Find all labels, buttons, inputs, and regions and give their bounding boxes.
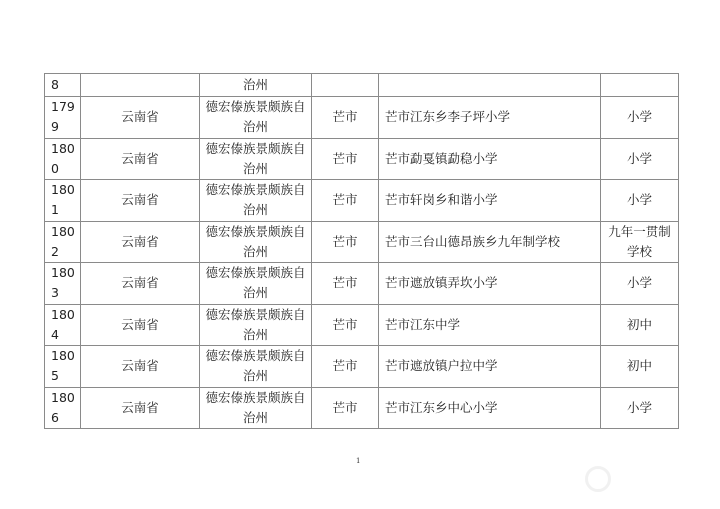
cell-school: 芒市江东乡李子坪小学 [379, 97, 601, 139]
cell-number: 1800 [45, 138, 81, 180]
number-line-1: 180 [51, 139, 78, 159]
number-line-1: 180 [51, 222, 78, 242]
number-line-1: 180 [51, 180, 78, 200]
cell-city: 芒市 [312, 304, 379, 346]
cell-prefecture: 德宏傣族景颇族自治州 [200, 97, 312, 139]
watermark-ring-icon [585, 466, 611, 492]
type-line-2: 学校 [603, 242, 676, 262]
cell-city: 芒市 [312, 387, 379, 429]
cell-type: 小学 [601, 180, 679, 222]
cell-city [312, 74, 379, 97]
number-line-1: 180 [51, 263, 78, 283]
number-line-1: 180 [51, 346, 78, 366]
cell-city: 芒市 [312, 97, 379, 139]
cell-school: 芒市轩岗乡和谐小学 [379, 180, 601, 222]
cell-prefecture: 德宏傣族景颇族自治州 [200, 263, 312, 305]
cell-type: 初中 [601, 346, 679, 388]
prefecture-line-2: 治州 [202, 200, 309, 220]
type-line-1: 小学 [603, 398, 676, 418]
cell-number: 1801 [45, 180, 81, 222]
prefecture-line-1: 德宏傣族景颇族自 [202, 139, 309, 159]
cell-province [81, 74, 200, 97]
prefecture-line-1: 德宏傣族景颇族自 [202, 305, 309, 325]
cell-school: 芒市遮放镇弄坎小学 [379, 263, 601, 305]
prefecture-line-2: 治州 [202, 366, 309, 386]
cell-province: 云南省 [81, 304, 200, 346]
type-line-1: 初中 [603, 356, 676, 376]
cell-province: 云南省 [81, 387, 200, 429]
number-line-1: 180 [51, 388, 78, 408]
cell-city: 芒市 [312, 138, 379, 180]
cell-city: 芒市 [312, 221, 379, 263]
type-line-1: 初中 [603, 315, 676, 335]
cell-number: 1799 [45, 97, 81, 139]
number-line-1: 180 [51, 305, 78, 325]
cell-province: 云南省 [81, 263, 200, 305]
table-row-continued: 8 治州 [45, 74, 679, 97]
table-row: 1803云南省德宏傣族景颇族自治州芒市芒市遮放镇弄坎小学小学 [45, 263, 679, 305]
cell-school: 芒市江东乡中心小学 [379, 387, 601, 429]
prefecture-line-2: 治州 [202, 325, 309, 345]
cell-province: 云南省 [81, 221, 200, 263]
cell-number: 1805 [45, 346, 81, 388]
cell-number: 1806 [45, 387, 81, 429]
cell-type: 小学 [601, 263, 679, 305]
number-line-2: 9 [51, 117, 78, 137]
cell-number: 8 [45, 74, 81, 97]
table-row: 1800云南省德宏傣族景颇族自治州芒市芒市勐戛镇勐稳小学小学 [45, 138, 679, 180]
table-row: 1801云南省德宏傣族景颇族自治州芒市芒市轩岗乡和谐小学小学 [45, 180, 679, 222]
cell-type: 初中 [601, 304, 679, 346]
table-row: 1804云南省德宏傣族景颇族自治州芒市芒市江东中学初中 [45, 304, 679, 346]
cell-city: 芒市 [312, 263, 379, 305]
number-line-2: 2 [51, 242, 78, 262]
number-line-1: 179 [51, 97, 78, 117]
cell-province: 云南省 [81, 97, 200, 139]
cell-province: 云南省 [81, 346, 200, 388]
table-row: 1799云南省德宏傣族景颇族自治州芒市芒市江东乡李子坪小学小学 [45, 97, 679, 139]
cell-province: 云南省 [81, 180, 200, 222]
prefecture-line-2: 治州 [202, 408, 309, 428]
number-line-2: 5 [51, 366, 78, 386]
cell-prefecture: 德宏傣族景颇族自治州 [200, 346, 312, 388]
table-row: 1805云南省德宏傣族景颇族自治州芒市芒市遮放镇户拉中学初中 [45, 346, 679, 388]
prefecture-line-1: 德宏傣族景颇族自 [202, 222, 309, 242]
watermark-logo [585, 466, 710, 496]
type-line-1: 小学 [603, 190, 676, 210]
number-line-2: 3 [51, 283, 78, 303]
cell-number: 1802 [45, 221, 81, 263]
table-row: 1802云南省德宏傣族景颇族自治州芒市芒市三台山德昂族乡九年制学校九年一贯制学校 [45, 221, 679, 263]
cell-type: 小学 [601, 387, 679, 429]
cell-type [601, 74, 679, 97]
number-line-2: 4 [51, 325, 78, 345]
cell-type: 九年一贯制学校 [601, 221, 679, 263]
number-line-2: 0 [51, 159, 78, 179]
cell-school [379, 74, 601, 97]
cell-type: 小学 [601, 138, 679, 180]
cell-school: 芒市遮放镇户拉中学 [379, 346, 601, 388]
cell-school: 芒市三台山德昂族乡九年制学校 [379, 221, 601, 263]
cell-number: 1804 [45, 304, 81, 346]
prefecture-line-1: 德宏傣族景颇族自 [202, 346, 309, 366]
prefecture-line-1: 德宏傣族景颇族自 [202, 180, 309, 200]
page-number: 1 [356, 457, 360, 465]
document-page: 8 治州 1799云南省德宏傣族景颇族自治州芒市芒市江东乡李子坪小学小学1800… [0, 0, 720, 509]
cell-school: 芒市江东中学 [379, 304, 601, 346]
prefecture-line-1: 德宏傣族景颇族自 [202, 97, 309, 117]
cell-prefecture: 治州 [200, 74, 312, 97]
school-list-table: 8 治州 1799云南省德宏傣族景颇族自治州芒市芒市江东乡李子坪小学小学1800… [44, 73, 679, 429]
cell-number: 1803 [45, 263, 81, 305]
type-line-1: 小学 [603, 107, 676, 127]
cell-city: 芒市 [312, 180, 379, 222]
cell-prefecture: 德宏傣族景颇族自治州 [200, 221, 312, 263]
prefecture-line-2: 治州 [202, 283, 309, 303]
type-line-1: 九年一贯制 [603, 222, 676, 242]
cell-school: 芒市勐戛镇勐稳小学 [379, 138, 601, 180]
type-line-1: 小学 [603, 149, 676, 169]
cell-city: 芒市 [312, 346, 379, 388]
prefecture-line-1: 德宏傣族景颇族自 [202, 388, 309, 408]
prefecture-line-2: 治州 [202, 159, 309, 179]
prefecture-line-2: 治州 [202, 117, 309, 137]
cell-prefecture: 德宏傣族景颇族自治州 [200, 180, 312, 222]
number-line-2: 1 [51, 200, 78, 220]
cell-province: 云南省 [81, 138, 200, 180]
cell-type: 小学 [601, 97, 679, 139]
number-line-2: 6 [51, 408, 78, 428]
type-line-1: 小学 [603, 273, 676, 293]
cell-prefecture: 德宏傣族景颇族自治州 [200, 138, 312, 180]
prefecture-line-1: 德宏傣族景颇族自 [202, 263, 309, 283]
table-row: 1806云南省德宏傣族景颇族自治州芒市芒市江东乡中心小学小学 [45, 387, 679, 429]
cell-prefecture: 德宏傣族景颇族自治州 [200, 304, 312, 346]
prefecture-line-2: 治州 [202, 242, 309, 262]
cell-prefecture: 德宏傣族景颇族自治州 [200, 387, 312, 429]
